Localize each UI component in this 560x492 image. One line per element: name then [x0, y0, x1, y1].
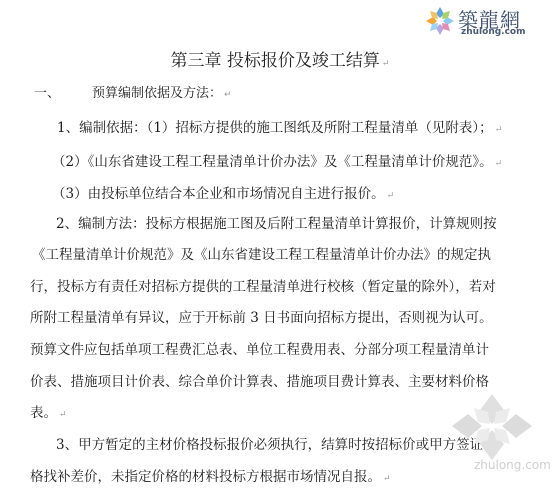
section-heading-text: 预算编制依据及方法：	[92, 86, 222, 101]
section-number: 一、	[34, 82, 92, 101]
paragraph-mark-icon: ↵	[382, 59, 390, 69]
body-line-text: 2、编制方法：投标方根据施工图及后附工程量清单计算报价，计算规则按	[56, 216, 497, 232]
body-line-text: 表。	[30, 405, 57, 421]
body-line-text: 格找补差价，未指定价格的材料投标方根据市场情况自报。	[30, 469, 381, 485]
body-line: （3）由投标单位结合本企业和市场情况自主进行报价。↵	[52, 182, 394, 202]
paragraph-mark-icon: ↵	[59, 410, 67, 420]
body-line-text: 行，投标方有责任对招标方提供的工程量清单进行校核（暂定量的除外），若对	[30, 279, 496, 295]
paragraph-mark-icon: ↵	[387, 191, 395, 201]
body-line-text: 所附工程量清单有异议，应于开标前 3 日书面向招标方提出，否则视为认可。	[30, 310, 493, 326]
paragraph-mark-icon: ↵	[495, 159, 503, 169]
body-line: 格找补差价，未指定价格的材料投标方根据市场情况自报。↵	[30, 465, 391, 485]
body-line: 1、编制依据：（1）招标方提供的施工图纸及所附工程量清单（见附表）；↵	[57, 116, 502, 136]
section-heading: 一、预算编制依据及方法：↵	[34, 82, 232, 101]
paragraph-mark-icon: ↵	[495, 125, 503, 135]
chapter-title: 第三章 投标报价及竣工结算↵	[0, 46, 560, 71]
body-line: 所附工程量清单有异议，应于开标前 3 日书面向招标方提出，否则视为认可。	[30, 306, 493, 326]
body-line: 表。↵	[30, 401, 67, 421]
body-line: 2、编制方法：投标方根据施工图及后附工程量清单计算报价，计算规则按	[56, 212, 497, 232]
body-line: （2）《山东省建设工程工程量清单计价办法》及《工程量清单计价规范》。↵	[52, 150, 502, 170]
body-line-text: 1、编制依据：（1）招标方提供的施工图纸及所附工程量清单（见附表）；	[57, 120, 493, 136]
body-line-text: （3）由投标单位结合本企业和市场情况自主进行报价。	[52, 186, 385, 202]
logo-english-text: zhulong.com	[461, 27, 526, 37]
body-line-text: （2）《山东省建设工程工程量清单计价办法》及《工程量清单计价规范》。	[52, 154, 493, 170]
body-line: 价表、措施项目计价表、综合单价计算表、措施项目费计算表、主要材料价格	[30, 370, 489, 390]
paragraph-mark-icon: ↵	[383, 474, 391, 484]
body-line-text: 价表、措施项目计价表、综合单价计算表、措施项目费计算表、主要材料价格	[30, 374, 489, 390]
body-line: 3、甲方暂定的主材价格投标报价必须执行，结算时按招标价或甲方签证价	[56, 433, 497, 453]
zhulong-watermark: zhulong.com	[432, 392, 552, 472]
zhulong-flower-icon	[425, 6, 455, 36]
body-line: 行，投标方有责任对招标方提供的工程量清单进行校核（暂定量的除外），若对	[30, 275, 496, 295]
body-line-text: 预算文件应包括单项工程费汇总表、单位工程费用表、分部分项工程量清单计	[30, 342, 489, 358]
body-line: 《工程量清单计价规范》及《山东省建设工程工程量清单计价办法》的规定执	[32, 243, 491, 263]
paragraph-mark-icon: ↵	[224, 90, 232, 100]
body-line-text: 《工程量清单计价规范》及《山东省建设工程工程量清单计价办法》的规定执	[32, 247, 491, 263]
body-line: 预算文件应包括单项工程费汇总表、单位工程费用表、分部分项工程量清单计	[30, 338, 489, 358]
chapter-title-text: 第三章 投标报价及竣工结算	[171, 51, 380, 71]
watermark-text: zhulong.com	[474, 458, 551, 472]
zhulong-logo: 築龍網 zhulong.com	[425, 4, 555, 38]
watermark-flower-icon	[432, 392, 552, 462]
body-line-text: 3、甲方暂定的主材价格投标报价必须执行，结算时按招标价或甲方签证价	[56, 437, 497, 453]
